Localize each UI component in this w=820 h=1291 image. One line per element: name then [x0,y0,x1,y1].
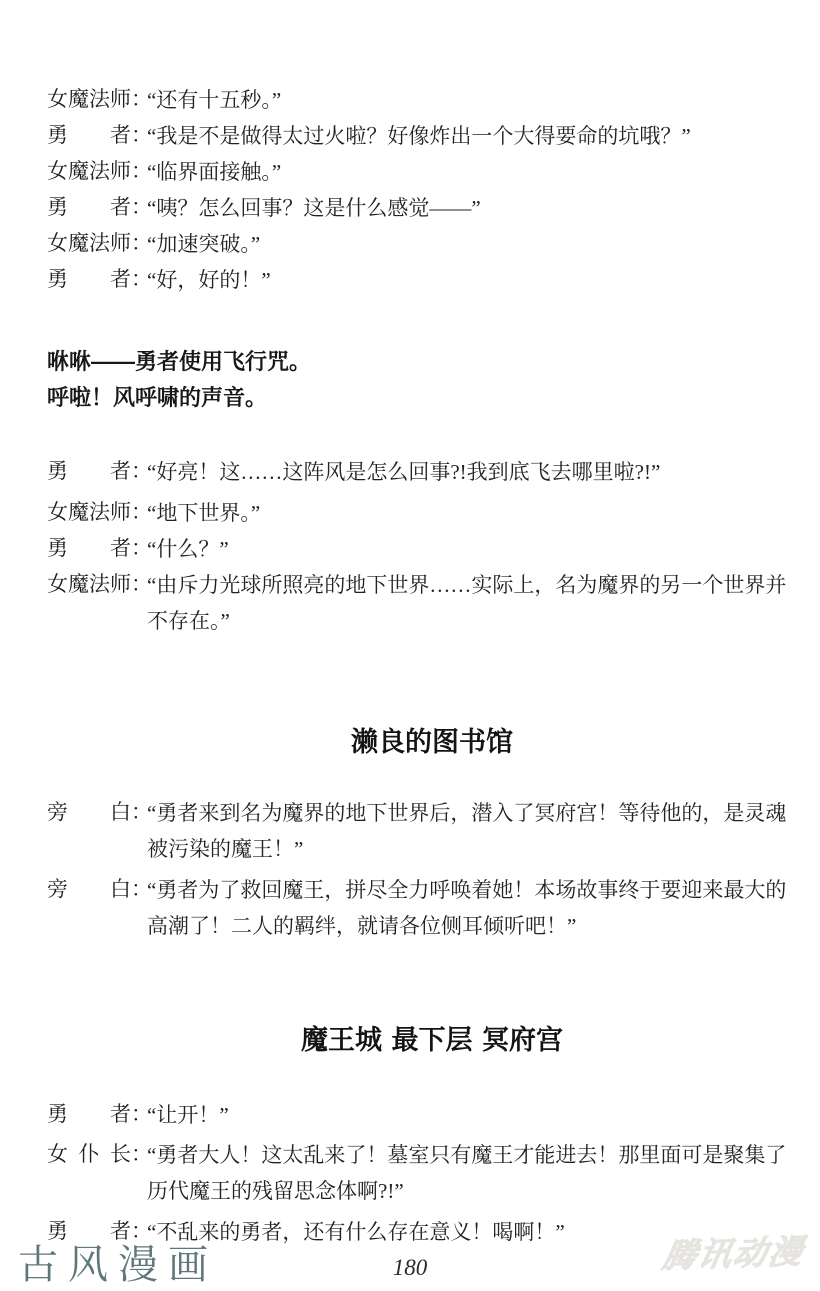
dialogue-text-line: “我是不是做得太过火啦？好像炸出一个大得要命的坑哦？” [147,118,775,154]
speaker-label: 女魔法师 [47,82,131,118]
dialogue-text: “什么？” [147,531,775,567]
speaker-colon: ： [131,531,147,567]
dialogue-entry: 女仆长：“勇者大人！这太乱来了！墓室只有魔王才能进去！那里面可是聚集了历代魔王的… [47,1137,775,1209]
dialogue-text-line: “勇者为了救回魔王，拼尽全力呼唤着她！本场故事终于要迎来最大的 [147,872,786,908]
speaker-colon: ： [131,118,147,154]
script-content: 女魔法师：“还有十五秒。”勇者：“我是不是做得太过火啦？好像炸出一个大得要命的坑… [0,0,820,1250]
section-heading: 濑良的图书馆 [68,722,796,762]
dialogue-text-line: “临界面接触。” [147,154,775,190]
right-watermark: 腾讯动漫 [659,1226,808,1278]
speaker-colon: ： [131,226,147,262]
dialogue-text-line: “好亮！这……这阵风是怎么回事?!我到底飞去哪里啦?!” [147,454,775,490]
speaker-label: 勇者 [47,454,131,490]
speaker-label: 女魔法师 [47,154,131,190]
narration-line: 咻咻——勇者使用飞行咒。 [47,344,775,380]
dialogue-entry: 勇者：“我是不是做得太过火啦？好像炸出一个大得要命的坑哦？” [47,118,775,154]
speaker-colon: ： [131,872,147,908]
dialogue-text-line: 高潮了！二人的羁绊，就请各位侧耳倾听吧！” [147,908,786,944]
dialogue-text: “让开！” [147,1097,775,1133]
dialogue-entry: 勇者：“好亮！这……这阵风是怎么回事?!我到底飞去哪里啦?!” [47,454,775,490]
speaker-label: 勇者 [47,531,131,567]
dialogue-entry: 女魔法师：“由斥力光球所照亮的地下世界……实际上，名为魔界的另一个世界并不存在。… [47,567,775,639]
dialogue-text: “咦？怎么回事？这是什么感觉——” [147,190,775,226]
dialogue-text-line: 历代魔王的残留思念体啊?!” [147,1173,786,1209]
dialogue-entry: 女魔法师：“临界面接触。” [47,154,775,190]
dialogue-text-line: “勇者来到名为魔界的地下世界后，潜入了冥府宫！等待他的，是灵魂 [147,795,786,831]
speaker-colon: ： [131,567,147,603]
speaker-colon: ： [131,154,147,190]
dialogue-text-line: “让开！” [147,1097,775,1133]
dialogue-entry: 女魔法师：“加速突破。” [47,226,775,262]
speaker-label: 女魔法师 [47,495,131,531]
speaker-colon: ： [131,495,147,531]
dialogue-text: “我是不是做得太过火啦？好像炸出一个大得要命的坑哦？” [147,118,775,154]
dialogue-text: “由斥力光球所照亮的地下世界……实际上，名为魔界的另一个世界并不存在。” [147,567,786,639]
speaker-colon: ： [131,1137,147,1173]
section-heading: 魔王城 最下层 冥府宫 [68,1020,796,1060]
speaker-colon: ： [131,454,147,490]
speaker-label: 女仆长 [47,1137,131,1173]
dialogue-text: “地下世界。” [147,495,775,531]
dialogue-text-line: 不存在。” [147,603,786,639]
dialogue-text: “勇者为了救回魔王，拼尽全力呼唤着她！本场故事终于要迎来最大的高潮了！二人的羁绊… [147,872,786,944]
narration-entry: 咻咻——勇者使用飞行咒。呼啦！风呼啸的声音。 [47,344,775,416]
speaker-label: 勇者 [47,118,131,154]
dialogue-text-line: “勇者大人！这太乱来了！墓室只有魔王才能进去！那里面可是聚集了 [147,1137,786,1173]
speaker-label: 女魔法师 [47,567,131,603]
dialogue-text-line: “好，好的！” [147,262,775,298]
dialogue-text: “好，好的！” [147,262,775,298]
dialogue-entry: 勇者：“什么？” [47,531,775,567]
dialogue-text: “加速突破。” [147,226,775,262]
dialogue-text: “勇者来到名为魔界的地下世界后，潜入了冥府宫！等待他的，是灵魂被污染的魔王！” [147,795,786,867]
dialogue-text: “还有十五秒。” [147,82,775,118]
dialogue-text-line: “地下世界。” [147,495,775,531]
dialogue-text-line: “加速突破。” [147,226,775,262]
speaker-label: 勇者 [47,1097,131,1133]
speaker-colon: ： [131,190,147,226]
dialogue-entry: 勇者：“让开！” [47,1097,775,1133]
dialogue-entry: 旁白：“勇者来到名为魔界的地下世界后，潜入了冥府宫！等待他的，是灵魂被污染的魔王… [47,795,775,867]
dialogue-entry: 旁白：“勇者为了救回魔王，拼尽全力呼唤着她！本场故事终于要迎来最大的高潮了！二人… [47,872,775,944]
speaker-label: 勇者 [47,190,131,226]
speaker-label: 旁白 [47,872,131,908]
script-page: 女魔法师：“还有十五秒。”勇者：“我是不是做得太过火啦？好像炸出一个大得要命的坑… [0,0,820,1291]
dialogue-text-line: “还有十五秒。” [147,82,775,118]
dialogue-entry: 女魔法师：“地下世界。” [47,495,775,531]
speaker-colon: ： [131,82,147,118]
speaker-colon: ： [131,262,147,298]
dialogue-text-line: “什么？” [147,531,775,567]
dialogue-entry: 女魔法师：“还有十五秒。” [47,82,775,118]
dialogue-text-line: “咦？怎么回事？这是什么感觉——” [147,190,775,226]
speaker-colon: ： [131,795,147,831]
speaker-label: 旁白 [47,795,131,831]
narration-line: 呼啦！风呼啸的声音。 [47,380,775,416]
dialogue-entry: 勇者：“咦？怎么回事？这是什么感觉——” [47,190,775,226]
dialogue-text: “勇者大人！这太乱来了！墓室只有魔王才能进去！那里面可是聚集了历代魔王的残留思念… [147,1137,786,1209]
speaker-colon: ： [131,1097,147,1133]
dialogue-entry: 勇者：“好，好的！” [47,262,775,298]
speaker-label: 女魔法师 [47,226,131,262]
dialogue-text: “好亮！这……这阵风是怎么回事?!我到底飞去哪里啦?!” [147,454,775,490]
dialogue-text-line: 被污染的魔王！” [147,831,786,867]
speaker-label: 勇者 [47,262,131,298]
dialogue-text-line: “由斥力光球所照亮的地下世界……实际上，名为魔界的另一个世界并 [147,567,786,603]
dialogue-text: “临界面接触。” [147,154,775,190]
